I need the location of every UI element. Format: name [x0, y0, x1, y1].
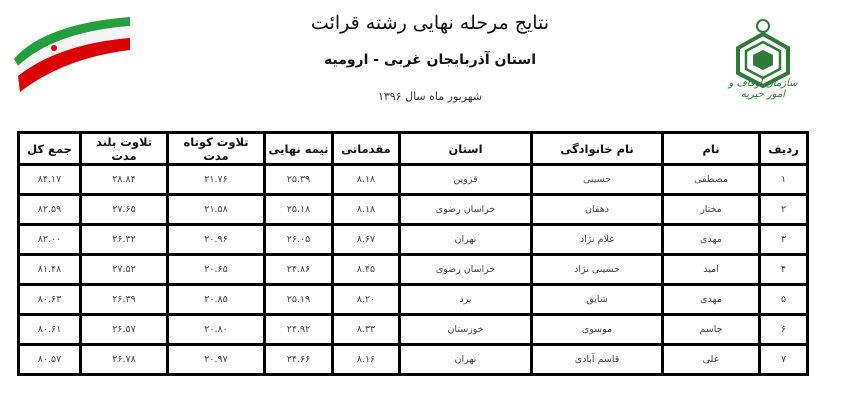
cell-semifinal: ۲۴.۶۶: [265, 345, 333, 375]
header-rank: ردیف: [760, 133, 808, 165]
table-row: ۴ امید حسینی نژاد خراسان رضوی ۸.۴۵ ۲۴.۸۶…: [19, 255, 808, 285]
cell-province: قزوین: [400, 165, 532, 195]
cell-short-recitation: ۲۰.۹۷: [168, 345, 265, 375]
cell-total: ۸۰.۶۱: [19, 315, 81, 345]
results-table: ردیف نام نام خانوادگی استان مقدماتی نیمه…: [17, 131, 809, 376]
cell-short-recitation: ۲۱.۵۸: [168, 195, 265, 225]
cell-last-name: حسینی نژاد: [532, 255, 663, 285]
cell-preliminary: ۸.۱۸: [333, 165, 400, 195]
cell-province: یزد: [400, 285, 532, 315]
cell-semifinal: ۲۶.۰۵: [265, 225, 333, 255]
cell-last-name: موسوی: [532, 315, 663, 345]
cell-preliminary: ۸.۳۳: [333, 315, 400, 345]
cell-short-recitation: ۲۰.۶۵: [168, 255, 265, 285]
cell-long-recitation: ۲۸.۸۴: [81, 165, 168, 195]
cell-first-name: جاسم: [663, 315, 760, 345]
cell-first-name: مهدی: [663, 225, 760, 255]
cell-province: تهران: [400, 345, 532, 375]
cell-rank: ۷: [760, 345, 808, 375]
cell-rank: ۵: [760, 285, 808, 315]
cell-first-name: امید: [663, 255, 760, 285]
cell-first-name: علی: [663, 345, 760, 375]
cell-province: تهران: [400, 225, 532, 255]
cell-rank: ۴: [760, 255, 808, 285]
cell-long-recitation: ۲۷.۶۵: [81, 195, 168, 225]
cell-long-recitation: ۲۶.۳۹: [81, 285, 168, 315]
cell-preliminary: ۸.۱۶: [333, 345, 400, 375]
cell-rank: ۶: [760, 315, 808, 345]
table-row: ۳ مهدی غلام نژاد تهران ۸.۶۷ ۲۶.۰۵ ۲۰.۹۶ …: [19, 225, 808, 255]
cell-first-name: مصطفی: [663, 165, 760, 195]
header-province: استان: [400, 133, 532, 165]
cell-first-name: مهدی: [663, 285, 760, 315]
cell-total: ۸۴.۱۷: [19, 165, 81, 195]
cell-total: ۸۰.۶۳: [19, 285, 81, 315]
header-total: جمع کل: [19, 133, 81, 165]
cell-semifinal: ۲۵.۱۸: [265, 195, 333, 225]
cell-preliminary: ۸.۲۰: [333, 285, 400, 315]
cell-preliminary: ۸.۱۸: [333, 195, 400, 225]
cell-long-recitation: ۲۶.۵۷: [81, 315, 168, 345]
page-subtitle: استان آذربایجان غربی - ارومیه: [300, 52, 560, 68]
cell-last-name: دهقان: [532, 195, 663, 225]
cell-rank: ۲: [760, 195, 808, 225]
page-title: نتایج مرحله نهایی رشته قرائت: [300, 12, 560, 34]
cell-short-recitation: ۲۱.۷۶: [168, 165, 265, 195]
cell-semifinal: ۲۴.۹۲: [265, 315, 333, 345]
cell-semifinal: ۲۵.۱۹: [265, 285, 333, 315]
iran-flag-ribbon-icon: [4, 14, 130, 94]
cell-semifinal: ۲۴.۸۶: [265, 255, 333, 285]
cell-long-recitation: ۲۷.۵۲: [81, 255, 168, 285]
logo-caption: سازمان اوقاف و امور خیریه: [720, 78, 806, 100]
cell-long-recitation: ۲۶.۳۲: [81, 225, 168, 255]
cell-total: ۸۱.۴۸: [19, 255, 81, 285]
page-date: شهریور ماه سال ۱۳۹۶: [300, 90, 560, 103]
header-last-name: نام خانوادگی: [532, 133, 663, 165]
table-row: ۱ مصطفی حسینی قزوین ۸.۱۸ ۲۵.۳۹ ۲۱.۷۶ ۲۸.…: [19, 165, 808, 195]
header-first-name: نام: [663, 133, 760, 165]
cell-province: خوزستان: [400, 315, 532, 345]
header-long-recitation: تلاوت بلند مدت: [81, 133, 168, 165]
header-semifinal: نیمه نهایی: [265, 133, 333, 165]
cell-province: خراسان رضوی: [400, 195, 532, 225]
cell-first-name: مختار: [663, 195, 760, 225]
table-row: ۶ جاسم موسوی خوزستان ۸.۳۳ ۲۴.۹۲ ۲۰.۸۰ ۲۶…: [19, 315, 808, 345]
table-header-row: ردیف نام نام خانوادگی استان مقدماتی نیمه…: [19, 133, 808, 165]
header-short-recitation: تلاوت کوتاه مدت: [168, 133, 265, 165]
cell-preliminary: ۸.۶۷: [333, 225, 400, 255]
cell-preliminary: ۸.۴۵: [333, 255, 400, 285]
table-row: ۷ علی قاسم آبادی تهران ۸.۱۶ ۲۴.۶۶ ۲۰.۹۷ …: [19, 345, 808, 375]
cell-short-recitation: ۲۰.۸۰: [168, 315, 265, 345]
cell-province: خراسان رضوی: [400, 255, 532, 285]
cell-last-name: قاسم آبادی: [532, 345, 663, 375]
header-preliminary: مقدماتی: [333, 133, 400, 165]
cell-rank: ۳: [760, 225, 808, 255]
cell-last-name: شایق: [532, 285, 663, 315]
table-row: ۵ مهدی شایق یزد ۸.۲۰ ۲۵.۱۹ ۲۰.۸۵ ۲۶.۳۹ ۸…: [19, 285, 808, 315]
cell-short-recitation: ۲۰.۹۶: [168, 225, 265, 255]
cell-semifinal: ۲۵.۳۹: [265, 165, 333, 195]
cell-total: ۸۲.۰۰: [19, 225, 81, 255]
table-row: ۲ مختار دهقان خراسان رضوی ۸.۱۸ ۲۵.۱۸ ۲۱.…: [19, 195, 808, 225]
cell-last-name: حسینی: [532, 165, 663, 195]
cell-total: ۸۰.۵۷: [19, 345, 81, 375]
cell-long-recitation: ۲۶.۷۸: [81, 345, 168, 375]
cell-short-recitation: ۲۰.۸۵: [168, 285, 265, 315]
cell-last-name: غلام نژاد: [532, 225, 663, 255]
cell-rank: ۱: [760, 165, 808, 195]
cell-total: ۸۲.۵۹: [19, 195, 81, 225]
